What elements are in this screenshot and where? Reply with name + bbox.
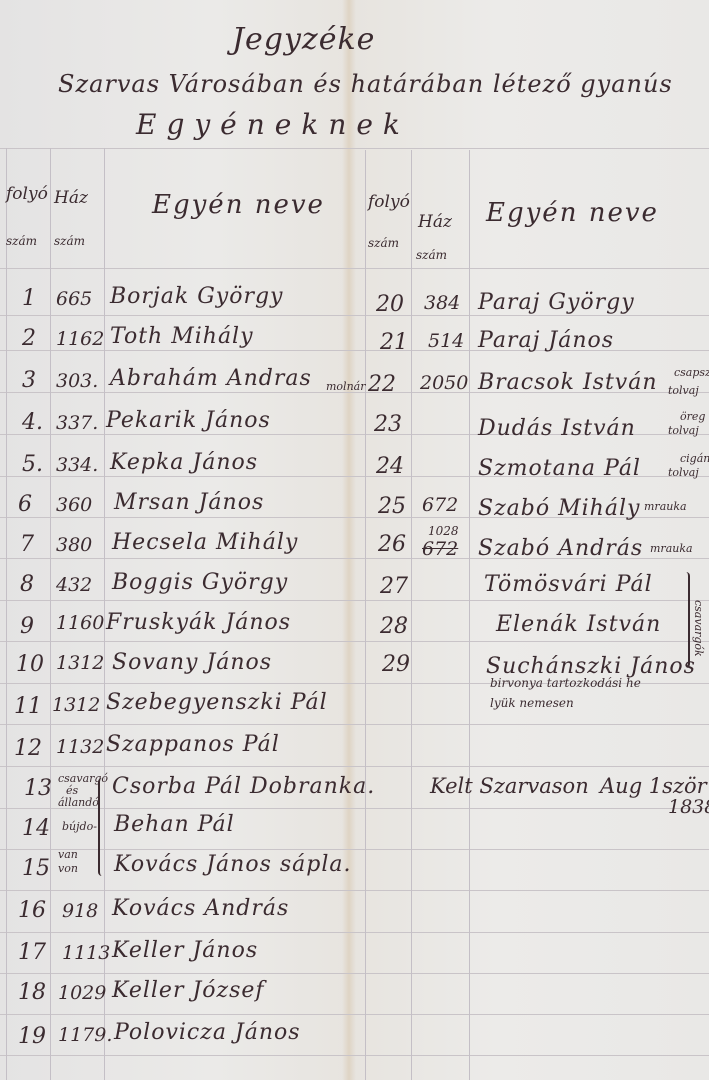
row-number: 16 [18, 898, 46, 923]
row-number: 23 [374, 412, 402, 437]
row-number: 29 [382, 652, 410, 677]
person-name: Abrahám Andras [110, 366, 312, 391]
house-number: 384 [424, 292, 460, 314]
house-number: 1029 [58, 982, 106, 1004]
annotation: tolvaj [668, 424, 699, 437]
person-name: Szabó András [478, 536, 643, 561]
brace-icon [98, 778, 106, 876]
house-number: 432 [56, 574, 92, 596]
house-number: 360 [56, 494, 92, 516]
row-number: 25 [378, 494, 406, 519]
rule-line [0, 890, 709, 891]
page-fold [342, 0, 356, 1080]
house-number: 2050 [420, 372, 468, 394]
annotation: tolvaj [668, 384, 699, 397]
row-number: 26 [378, 532, 406, 557]
person-name: Szappanos Pál [106, 732, 280, 757]
person-name: Bracsok István [478, 370, 658, 395]
house-number: 672 [422, 494, 458, 516]
row-29-note: lyük nemesen [490, 696, 574, 710]
document-subtitle: Szarvas Városában és határában létező gy… [58, 70, 673, 98]
house-number: 918 [62, 900, 98, 922]
row-number: 21 [380, 330, 408, 355]
occupation-note: molnár [326, 380, 365, 393]
signature-date: Aug 1ször [600, 774, 707, 798]
annotation: mrauka [650, 542, 693, 555]
document-title: Jegyzéke [232, 22, 375, 57]
row-number: 22 [368, 372, 396, 397]
column-line [6, 148, 7, 1080]
row-number: 24 [376, 454, 404, 479]
house-number: 380 [56, 534, 92, 556]
person-name: Kepka János [110, 450, 258, 475]
annotation: mrauka [644, 500, 687, 513]
column-line [50, 148, 51, 1080]
signature-year: 1838 [668, 796, 709, 818]
house-number-superscript: 1028 [428, 524, 459, 538]
header-haz-szam-right: szám [416, 248, 447, 262]
row-number: 2 [22, 326, 36, 351]
person-name: Polovicza János [114, 1020, 301, 1045]
row-number: 3 [22, 368, 36, 393]
column-line [411, 150, 412, 1080]
annotation-top: cigány [680, 452, 709, 465]
brace-icon [682, 572, 690, 668]
person-name: Keller József [112, 978, 265, 1003]
row-number: 9 [20, 614, 34, 639]
row-number: 1 [22, 286, 36, 311]
person-name: Dudás István [478, 416, 636, 441]
house-number: 1113 [62, 942, 110, 964]
row-number: 7 [20, 532, 34, 557]
rule-line [0, 724, 709, 725]
person-name: Szebegyenszki Pál [106, 690, 328, 715]
house-number: 1179. [58, 1024, 112, 1046]
house-number: 1160 [56, 612, 104, 634]
rule-line [0, 315, 709, 316]
header-folyo-szam-right: szám [368, 236, 399, 250]
person-name: Keller János [112, 938, 258, 963]
annotation-top: csapszék [674, 366, 709, 379]
person-name: Paraj János [478, 328, 614, 353]
row-number: 20 [376, 292, 404, 317]
house-number: 1312 [56, 652, 104, 674]
header-name-left: Egyén neve [152, 190, 325, 220]
row-number: 15 [22, 856, 50, 881]
row-number: 12 [14, 736, 42, 761]
row-number: 10 [16, 652, 44, 677]
house-number: 1162 [56, 328, 104, 350]
rule-line [0, 932, 709, 933]
house-number: 334. [56, 454, 98, 476]
header-haz-left: Ház [54, 188, 88, 208]
rule-line [0, 268, 709, 269]
document-page: Jegyzéke Szarvas Városában és határában … [0, 0, 709, 1080]
rule-line [0, 1055, 709, 1056]
person-name: Kovács András [112, 896, 289, 921]
person-name: Borjak György [110, 284, 283, 309]
brace-note: csavargók [692, 600, 705, 657]
person-name: Szabó Mihály [478, 496, 640, 521]
margin-note-line: van [58, 848, 78, 861]
rule-line [0, 973, 709, 974]
column-line [365, 150, 366, 1080]
margin-note-line: állandó [58, 796, 99, 809]
signature-place: Kelt Szarvason [430, 774, 589, 798]
row-number: 28 [380, 614, 408, 639]
person-name: Szmotana Pál [478, 456, 641, 481]
person-name: Fruskyák János [106, 610, 291, 635]
house-number: 672 [422, 538, 458, 560]
row-number: 19 [18, 1024, 46, 1049]
margin-note-line: von [58, 862, 78, 875]
annotation-top: öreg [680, 410, 705, 423]
rule-line [0, 808, 709, 809]
person-name: Behan Pál [114, 812, 235, 837]
person-name: Toth Mihály [110, 324, 254, 349]
column-line [469, 150, 470, 1080]
rule-line [0, 1014, 709, 1015]
rule-line [0, 148, 709, 149]
rule-line [0, 600, 709, 601]
row-number: 8 [20, 572, 34, 597]
person-name: Kovács János sápla. [114, 852, 352, 877]
row-number: 18 [18, 980, 46, 1005]
header-haz-szam-left: szám [54, 234, 85, 248]
row-number: 4. [22, 410, 43, 435]
rule-line [0, 766, 709, 767]
margin-note-line: bújdo- [62, 820, 97, 833]
header-folyo-right: folyó [368, 192, 410, 212]
person-name: Paraj György [478, 290, 635, 315]
person-name: Pekarik János [106, 408, 271, 433]
person-name: Boggis György [112, 570, 288, 595]
person-name: Csorba Pál Dobranka. [112, 774, 375, 799]
house-number: 303. [56, 370, 98, 392]
row-number: 27 [380, 574, 408, 599]
row-number: 11 [14, 694, 42, 719]
header-haz-right: Ház [418, 212, 452, 232]
row-number: 5. [22, 452, 43, 477]
house-number: 514 [428, 330, 464, 352]
header-name-right: Egyén neve [486, 198, 659, 228]
rule-line [0, 849, 709, 850]
header-folyo-left: folyó [6, 184, 48, 204]
person-name: Hecsela Mihály [112, 530, 298, 555]
person-name: Sovany János [112, 650, 272, 675]
row-number: 17 [18, 940, 46, 965]
header-folyo-szam-left: szám [6, 234, 37, 248]
row-number: 14 [22, 816, 50, 841]
annotation: tolvaj [668, 466, 699, 479]
house-number: 1132 [56, 736, 104, 758]
document-subtitle-2: Egyéneknek [136, 108, 410, 141]
house-number: 1312 [52, 694, 100, 716]
person-name: Elenák István [496, 612, 661, 637]
row-number: 13 [24, 776, 52, 801]
row-29-note: birvonya tartozkodási he [490, 676, 641, 690]
person-name: Tömösvári Pál [484, 572, 653, 597]
row-number: 6 [18, 492, 32, 517]
house-number: 665 [56, 288, 92, 310]
house-number: 337. [56, 412, 98, 434]
person-name: Mrsan János [114, 490, 264, 515]
rule-line [0, 641, 709, 642]
